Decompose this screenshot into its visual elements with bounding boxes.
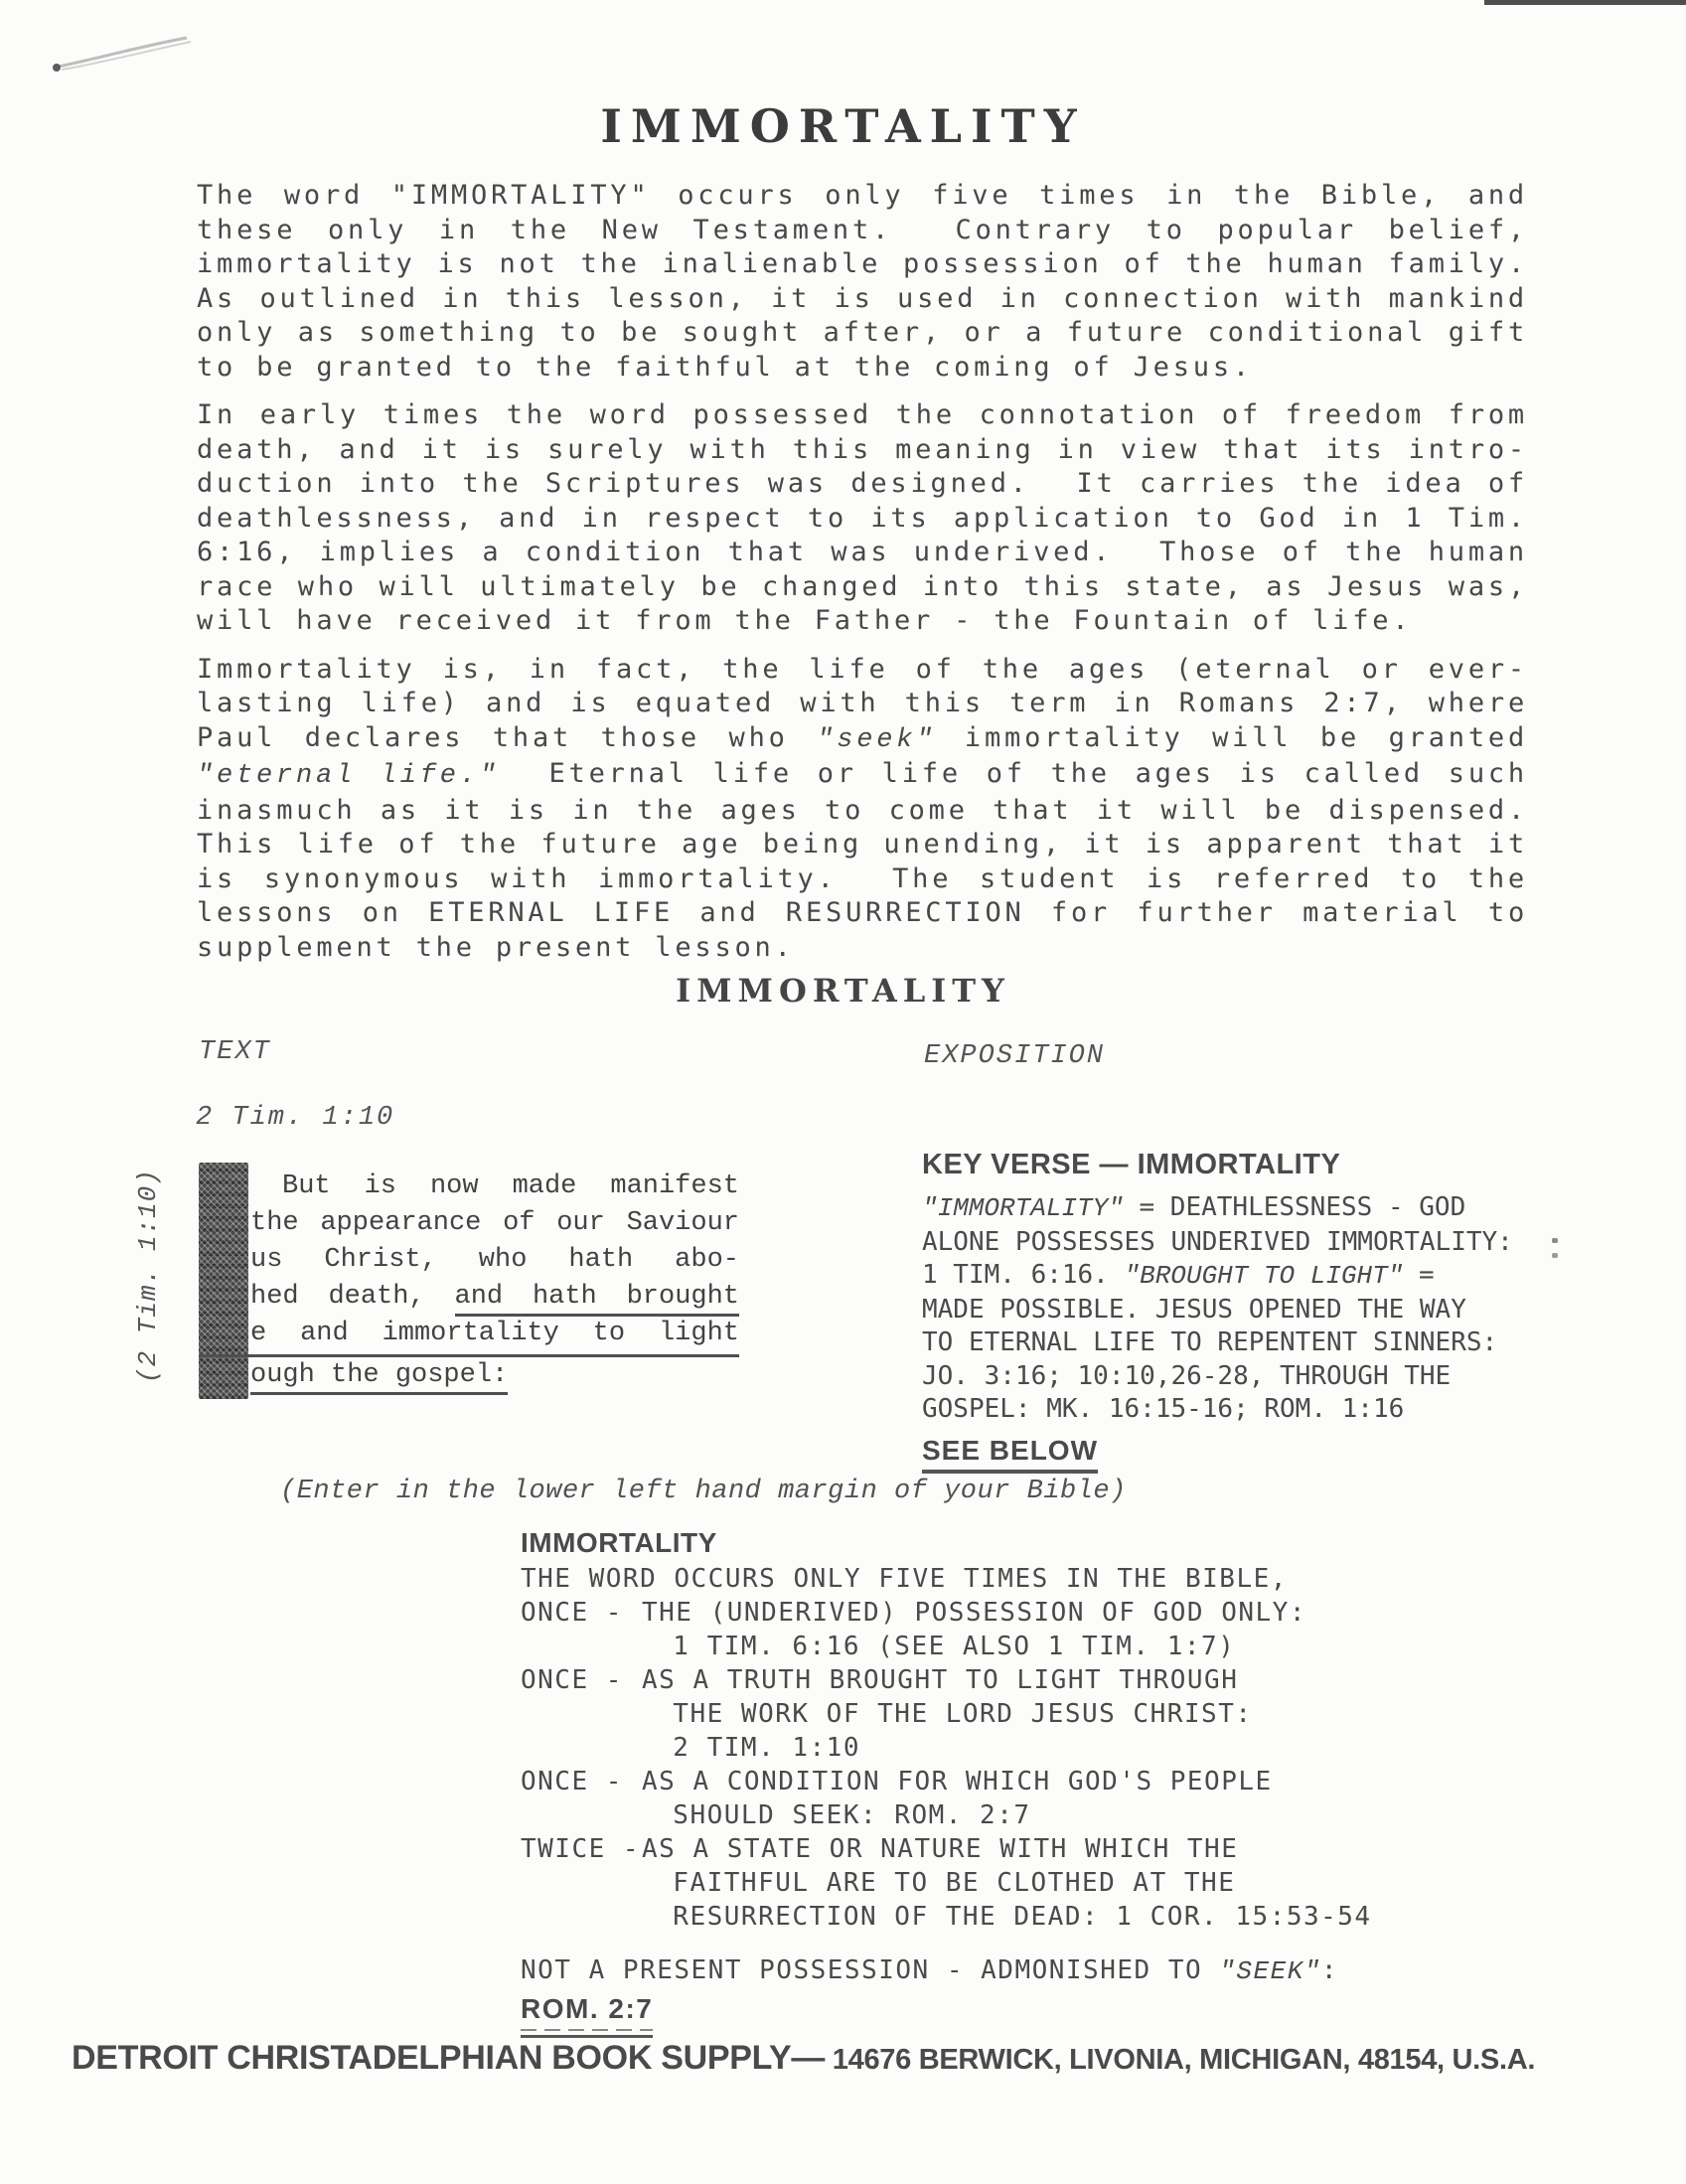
blacked-out-margin-bar [199,1163,248,1399]
occurrence-text: AS A CONDITION FOR WHICH GOD'S PEOPLESHO… [642,1765,1415,1832]
intro-paragraph-2: In early times the word possessed the co… [197,398,1528,639]
occurrence-item-3: ONCE - AS A CONDITION FOR WHICH GOD'S PE… [521,1765,1415,1832]
publisher-name: DETROIT CHRISTADELPHIAN BOOK SUPPLY— [72,2039,825,2077]
intro-paragraph-3: Immortality is, in fact, the life of the… [197,653,1528,966]
verse-text: But is now made manifestthe appearance o… [250,1169,739,1394]
summary-intro-line: THE WORD OCCURS ONLY FIVE TIMES IN THE B… [521,1562,1415,1596]
occurrence-item-4: TWICE - AS A STATE OR NATURE WITH WHICH … [521,1832,1415,1934]
intro-paragraph-1: The word "IMMORTALITY" occurs only five … [197,179,1528,385]
conclusion-reference: ROM. 2:7 [521,1992,653,2038]
summary-conclusion: NOT A PRESENT POSSESSION - ADMONISHED TO… [521,1953,1415,1988]
intro-paragraphs: The word "IMMORTALITY" occurs only five … [197,179,1528,979]
publisher-address: 14676 BERWICK, LIVONIA, MICHIGAN, 48154,… [825,2044,1535,2076]
staple-mark [40,25,209,79]
exposition-text: "IMMORTALITY" = DEATHLESSNESS - GODALONE… [922,1191,1558,1427]
summary-heading: IMMORTALITY [521,1524,1415,1562]
section-heading: IMMORTALITY [0,972,1686,1010]
occurrence-label: ONCE - [521,1663,642,1765]
exposition-column-label: EXPOSITION [924,1041,1105,1071]
occurrence-label: ONCE - [521,1765,642,1832]
key-verse-heading: KEY VERSE — IMMORTALITY [922,1149,1558,1181]
rotated-margin-reference: (2 Tim. 1:10) [133,1153,163,1383]
occurrence-label: TWICE - [521,1832,642,1934]
occurrence-text: THE (UNDERIVED) POSSESSION OF GOD ONLY:1… [642,1596,1415,1663]
occurrence-label: ONCE - [521,1596,642,1663]
occurrence-text: AS A STATE OR NATURE WITH WHICH THEFAITH… [642,1832,1415,1934]
summary-block: IMMORTALITY THE WORD OCCURS ONLY FIVE TI… [521,1524,1415,2038]
exposition-column: KEY VERSE — IMMORTALITY "IMMORTALITY" = … [922,1149,1558,1474]
see-below-note: SEE BELOW [922,1435,1098,1474]
occurrence-text: AS A TRUTH BROUGHT TO LIGHT THROUGHTHE W… [642,1663,1415,1765]
publisher-footer: DETROIT CHRISTADELPHIAN BOOK SUPPLY— 146… [72,2039,1621,2078]
verse-reference: 2 Tim. 1:10 [196,1103,394,1133]
occurrence-item-2: ONCE - AS A TRUTH BROUGHT TO LIGHT THROU… [521,1663,1415,1765]
page-title: IMMORTALITY [0,99,1686,153]
scanned-document-page: IMMORTALITY The word "IMMORTALITY" occur… [0,0,1686,2184]
bible-margin-instruction: (Enter in the lower left hand margin of … [280,1477,1127,1506]
scan-edge-artifact [1484,0,1686,5]
occurrence-item-1: ONCE - THE (UNDERIVED) POSSESSION OF GOD… [521,1596,1415,1663]
text-column-label: TEXT [199,1037,271,1067]
